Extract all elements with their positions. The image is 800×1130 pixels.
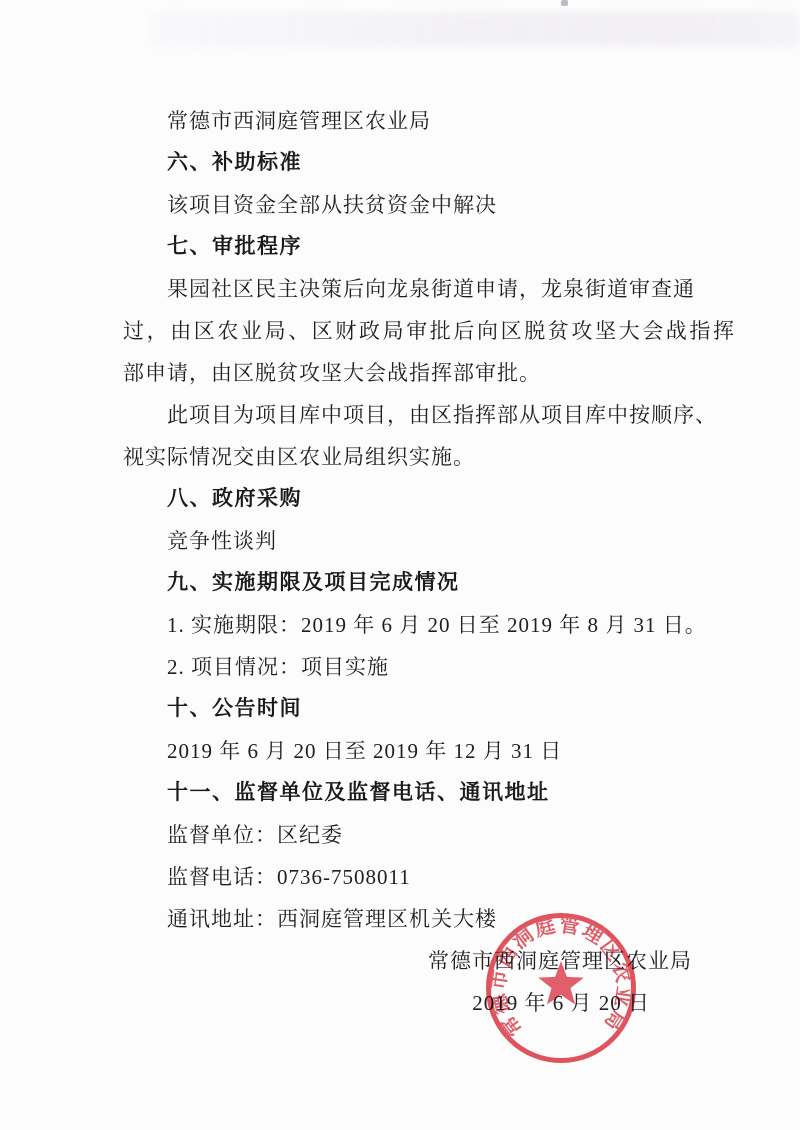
subsidy-text: 该项目资金全部从扶贫资金中解决 [123, 184, 800, 226]
supervision-phone-line: 监督电话：0736-7508011 [123, 856, 800, 898]
section-heading-9-period: 九、实施期限及项目完成情况 [123, 562, 800, 604]
document-body: 常德市西洞庭管理区农业局 六、补助标准 该项目资金全部从扶贫资金中解决 七、审批… [123, 100, 800, 1024]
signature-date: 2019 年 6 月 20 日 [123, 982, 800, 1024]
section-heading-6-subsidy: 六、补助标准 [123, 142, 800, 184]
procurement-text: 竞争性谈判 [123, 520, 800, 562]
section-heading-11-supervision: 十一、监督单位及监督电话、通讯地址 [123, 772, 800, 814]
signature-org: 常德市西洞庭管理区农业局 [123, 940, 800, 982]
scan-speck-artifact [561, 0, 568, 6]
approval-paragraph-line: 过，由区农业局、区财政局审批后向区脱贫攻坚大会战指挥 [123, 310, 800, 352]
section-heading-7-approval: 七、审批程序 [123, 226, 800, 268]
supervision-unit-line: 监督单位：区纪委 [123, 814, 800, 856]
official-seal: 常德市西洞庭管理区农业局 [481, 908, 641, 1068]
project-library-line: 视实际情况交由区农业局组织实施。 [123, 436, 800, 478]
approval-paragraph-line: 果园社区民主决策后向龙泉街道申请，龙泉街道审查通 [123, 268, 800, 310]
project-library-line: 此项目为项目库中项目，由区指挥部从项目库中按顺序、 [123, 394, 800, 436]
approval-paragraph-line: 部申请，由区脱贫攻坚大会战指挥部审批。 [123, 352, 800, 394]
section-heading-8-procurement: 八、政府采购 [123, 478, 800, 520]
announcement-period-line: 2019 年 6 月 20 日至 2019 年 12 月 31 日 [123, 730, 800, 772]
issuer-line: 常德市西洞庭管理区农业局 [123, 100, 800, 142]
document-page: 常德市西洞庭管理区农业局 六、补助标准 该项目资金全部从扶贫资金中解决 七、审批… [0, 0, 800, 1130]
seal-star-icon [538, 961, 584, 1004]
section-heading-10-announce: 十、公告时间 [123, 688, 800, 730]
scan-smudge-artifact [150, 12, 800, 46]
implementation-period-line: 1. 实施期限：2019 年 6 月 20 日至 2019 年 8 月 31 日… [123, 604, 800, 646]
project-status-line: 2. 项目情况：项目实施 [123, 646, 800, 688]
mailing-address-line: 通讯地址：西洞庭管理区机关大楼 [123, 898, 800, 940]
